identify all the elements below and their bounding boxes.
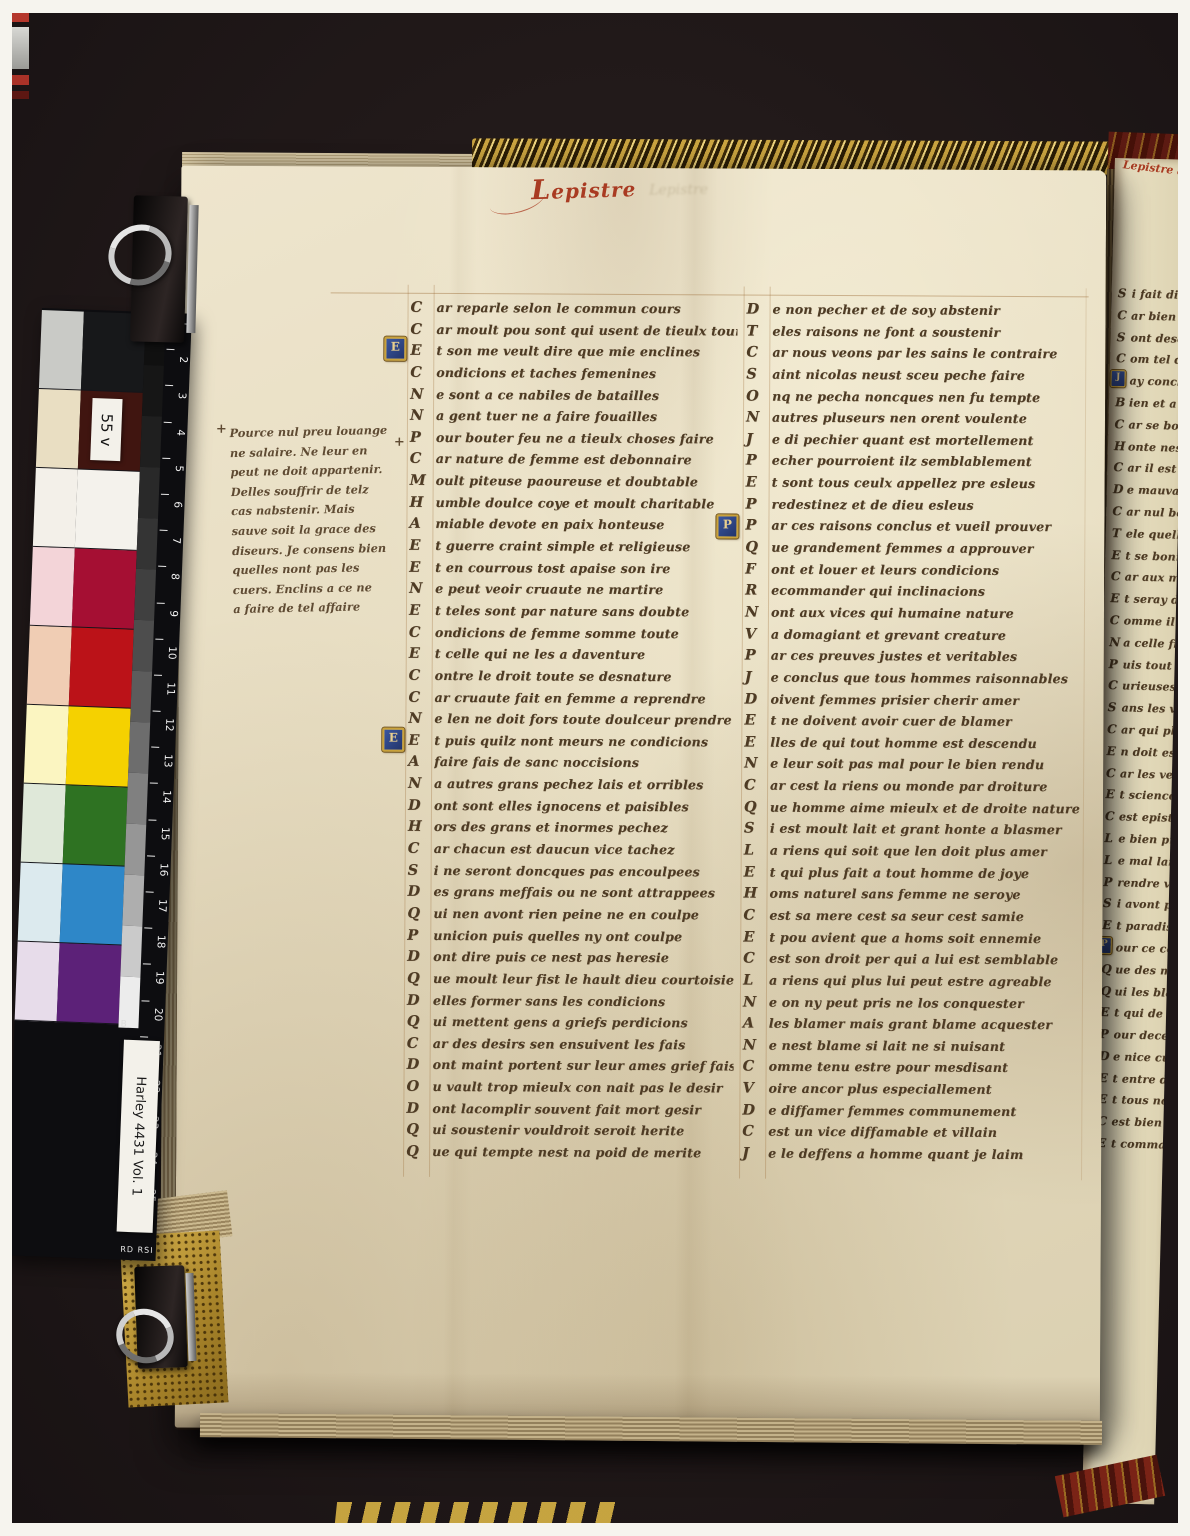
color-patch <box>18 863 63 944</box>
text-line: D elles former sans les condicions <box>404 991 734 1014</box>
ruler-cell: 19 <box>140 964 167 1001</box>
text-line: D ont maint portent sur leur ames grief … <box>404 1056 734 1079</box>
line-text: miable devote en paix honteuse <box>435 516 736 533</box>
line-text: our bouter feu ne a tieulx choses faire <box>436 430 737 447</box>
text-line: Q ue homme aime mieulx et de droite natu… <box>741 798 1083 821</box>
line-text: urieuses de mie <box>1122 680 1174 694</box>
folio-label-sticker: 55 v <box>90 398 122 461</box>
heading-offset-ghost: Lepistre <box>649 182 708 199</box>
line-text: est son droit per qui a lui est semblabl… <box>769 951 1082 968</box>
text-line: C urieuses de mie <box>1106 678 1175 701</box>
text-line: Q ue moult leur fist le hault dieu court… <box>404 970 734 993</box>
line-text: ar des desirs sen ensuivent les fais <box>433 1036 734 1053</box>
line-text: ar nature de femme est debonnaire <box>436 451 737 468</box>
gray-step <box>136 518 158 570</box>
line-initial: P <box>743 452 772 469</box>
text-line: C est sa mere cest sa seur cest samie <box>740 906 1082 929</box>
shelfmark-label-sticker: Harley 4431 Vol. 1 <box>117 1040 160 1233</box>
line-initial: C <box>743 344 772 361</box>
line-initial: J <box>743 430 772 447</box>
text-line: E t en courrous tost apaise son ire <box>406 558 736 581</box>
line-initial: E <box>1100 918 1116 932</box>
line-initial: C <box>741 777 770 794</box>
line-initial: D <box>404 883 433 900</box>
line-initial: N <box>405 710 434 727</box>
text-line: S i ne seront doncques pas encoulpees <box>405 861 735 884</box>
line-text: echer pourroient ilz semblablement <box>772 453 1085 470</box>
color-patch <box>69 627 134 708</box>
line-text: ay conclus en tou <box>1129 375 1178 389</box>
text-line: O u vault trop mieulx con nait pas le de… <box>403 1078 733 1101</box>
line-initial: Q <box>404 970 433 987</box>
text-line: R ecommander qui inclinacions <box>742 582 1084 605</box>
text-line: E t teles sont par nature sans doubte <box>406 602 736 625</box>
text-line: N a autres grans pechez lais et orribles <box>405 775 735 798</box>
line-initial: C <box>1103 809 1119 823</box>
line-text: ont et louer et leurs condicions <box>771 561 1084 578</box>
text-line: C est epistre leu <box>1103 809 1172 832</box>
line-initial: C <box>406 623 435 640</box>
text-line: D e mauvaise est il <box>1111 482 1178 505</box>
text-line: N e leur soit pas mal pour le bien rendu <box>741 755 1083 778</box>
line-text: t seray dit delles <box>1124 593 1176 607</box>
ruler-number: 13 <box>161 754 174 768</box>
line-text: t paradis a <box>1116 919 1168 933</box>
film-edge-mark <box>12 27 29 69</box>
text-line: J e le deffens a homme quant je laim <box>739 1145 1081 1168</box>
line-text: t qui de faulx <box>1114 1007 1166 1021</box>
next-page-heading: Lepistre au <box>1122 158 1178 179</box>
ruler-cell: 2 <box>163 349 190 386</box>
gray-step <box>130 671 152 723</box>
text-line: E t seray dit delles <box>1108 591 1177 614</box>
line-text: ors des grans et inormes pechez <box>434 819 735 836</box>
line-text: ar qui plus a t <box>1121 723 1173 737</box>
ruler-number: 8 <box>169 573 181 580</box>
gray-step <box>138 467 160 519</box>
text-column-1: C ar reparle selon le commun cours C ar … <box>403 299 738 1166</box>
text-line: C omme tenu estre pour mesdisant <box>740 1058 1082 1081</box>
line-initial: E <box>405 732 434 749</box>
line-initial: M <box>407 472 436 489</box>
ruler-number: 19 <box>153 971 166 985</box>
text-line: E lles de qui tout homme est descendu <box>741 733 1083 756</box>
text-line: V a domagiant et grevant creature <box>742 625 1084 648</box>
text-line: T eles raisons ne font a soustenir <box>743 322 1085 345</box>
line-initial: N <box>407 407 436 424</box>
line-text: t sont tous ceulx appellez pre esleus <box>772 475 1085 492</box>
text-line: C ar nul bon fruit <box>1110 504 1178 527</box>
line-text: t entre dis e <box>1112 1072 1164 1086</box>
text-line: Q ui soustenir vouldroit seroit herite <box>403 1121 733 1144</box>
line-initial: C <box>1109 569 1125 583</box>
text-line: Q ue qui tempte nest na poid de merite <box>403 1143 733 1166</box>
color-patch <box>30 547 75 628</box>
line-initial: E <box>741 733 770 750</box>
ruler-cell: 16 <box>144 855 171 892</box>
line-text: les blamer mais grant blame acquester <box>769 1016 1082 1033</box>
line-text: e nest blame si lait ne si nuisant <box>769 1037 1082 1054</box>
line-initial: E <box>1103 787 1119 801</box>
text-line: E t se bonne est il e <box>1109 548 1178 571</box>
gray-step <box>120 926 142 978</box>
text-line: E t celle qui ne les a daventure <box>406 645 736 668</box>
line-initial: N <box>406 580 435 597</box>
line-text: est bien vail <box>1111 1115 1163 1129</box>
text-line: L a riens qui plus lui peut estre agreab… <box>740 971 1082 994</box>
line-initial: P <box>1106 656 1122 670</box>
shelfmark-label: Harley 4431 Vol. 1 <box>128 1076 148 1196</box>
color-patch <box>36 389 81 470</box>
text-line: A faire fais de sanc noccisions <box>405 753 735 776</box>
line-initial: Q <box>403 1143 432 1160</box>
line-initial: S <box>1114 330 1130 344</box>
text-line: O nq ne pecha noncques nen fu tempte <box>743 387 1085 410</box>
text-line: Q ue des mauv <box>1099 962 1168 985</box>
ruler-number: 17 <box>156 899 169 913</box>
text-line: S i avont pre <box>1100 896 1169 919</box>
ruler-cell: 9 <box>153 602 180 639</box>
line-initial: Q <box>404 1013 433 1030</box>
line-text: ecommander qui inclinacions <box>771 583 1084 600</box>
line-initial: B <box>1113 395 1129 409</box>
ruler-number: 12 <box>163 718 176 732</box>
line-text: t sciences de <box>1119 789 1171 803</box>
text-line: D e diffamer femmes communement <box>739 1101 1081 1124</box>
line-text: ar reparle selon le commun cours <box>437 300 738 317</box>
line-initial: E <box>741 712 770 729</box>
color-patch <box>27 626 72 707</box>
line-text: ue grandement femmes a approuver <box>771 540 1084 557</box>
text-line: E t commande <box>1095 1136 1164 1159</box>
line-text: ont lacomplir souvent fait mort gesir <box>432 1101 733 1118</box>
ruler-cell: 4 <box>160 421 187 458</box>
illuminated-initial: E <box>382 728 404 752</box>
text-line: C ar bien nen peut be <box>1115 308 1178 331</box>
text-line: N e peut veoir cruaute ne martire <box>406 580 736 603</box>
color-patch <box>75 469 140 550</box>
text-line: E t qui plus fait a tout homme de joye <box>741 863 1083 886</box>
text-line: Q ui mettent gens a griefs perdicions <box>404 1013 734 1036</box>
ruler-number: 11 <box>164 682 177 696</box>
line-text: ont aux vices qui humaine nature <box>771 605 1084 622</box>
text-line: D e nice cuer d <box>1097 1049 1166 1072</box>
text-line: B ien et a droit nen <box>1113 395 1178 418</box>
line-initial: C <box>406 667 435 684</box>
line-initial: C <box>1112 417 1128 431</box>
line-initial: D <box>403 1099 432 1116</box>
line-initial: D <box>741 690 770 707</box>
line-initial: A <box>740 1015 769 1032</box>
line-initial: C <box>1110 504 1126 518</box>
ruler-number: 16 <box>157 863 170 877</box>
ruler-cell: 8 <box>155 566 182 603</box>
line-text: t tous noz bi <box>1112 1094 1164 1108</box>
line-text: t teles sont par nature sans doubte <box>435 603 736 620</box>
text-line: C ar aux mettre bie <box>1108 569 1177 592</box>
ruler-number: 14 <box>160 790 173 804</box>
text-line: C ar chacun est daucun vice tachez <box>405 840 735 863</box>
text-line: M oult piteuse paoureuse et doubtable <box>407 472 737 495</box>
ruler-cell: 12 <box>149 711 176 748</box>
line-initial: L <box>741 842 770 859</box>
line-text: unicion puis quelles ny ont coulpe <box>433 927 734 944</box>
line-text: ele quelle est re <box>1126 527 1178 541</box>
text-line: E t ne doivent avoir cuer de blamer <box>741 712 1083 735</box>
ruler-cell: 14 <box>146 783 173 820</box>
line-initial: O <box>743 387 772 404</box>
text-line: N e sont a ce nabiles de batailles <box>407 385 737 408</box>
ruling-line <box>331 292 1089 297</box>
line-text: ar ces raisons conclus et vueil prouver <box>771 518 1084 535</box>
text-line: H oms naturel sans femme ne seroye <box>740 885 1082 908</box>
text-line: S i est moult lait et grant honte a blas… <box>741 820 1083 843</box>
line-initial: P <box>1101 874 1117 888</box>
line-initial: S <box>1105 700 1121 714</box>
line-text: ar chacun est daucun vice tachez <box>434 841 735 858</box>
nota-cross: + <box>216 422 227 437</box>
line-text: ondicions de femme somme toute <box>435 625 736 642</box>
ruler-number: 4 <box>174 429 186 436</box>
line-text: uis tout affin q <box>1122 658 1174 672</box>
ruler-cell: 7 <box>156 530 183 567</box>
line-text: ar ces preuves justes et veritables <box>771 648 1084 665</box>
line-initial: S <box>1101 896 1117 910</box>
text-line: L e mal laissen <box>1101 853 1170 876</box>
text-line: E t guerre craint simple et religieuse <box>406 537 736 560</box>
text-line: C est un vice diffamable et villain <box>739 1123 1081 1146</box>
line-text: oire ancor plus especiallement <box>768 1081 1081 1098</box>
line-initial: C <box>1111 460 1127 474</box>
text-line: A miable devote en paix honteuse <box>406 515 736 538</box>
text-line: L a riens qui soit que len doit plus ame… <box>741 842 1083 865</box>
gray-step <box>140 416 162 468</box>
line-text: i est moult lait et grant honte a blasme… <box>770 821 1083 838</box>
color-patch <box>21 784 66 865</box>
text-line: N a celle fin que pl <box>1107 635 1176 658</box>
line-initial: E <box>407 342 436 359</box>
line-text: e mal laissen <box>1118 854 1170 868</box>
text-line: S i fait dire tel <box>1115 286 1178 309</box>
gray-step <box>126 773 148 825</box>
color-patch <box>66 706 131 787</box>
ruler-cell: 5 <box>159 457 186 494</box>
line-text: rendre voulon <box>1117 876 1169 890</box>
text-line: C ar il est ne et fait <box>1111 460 1178 483</box>
line-text: e le deffens a homme quant je laim <box>768 1146 1081 1163</box>
line-text: i avont pre <box>1117 898 1169 912</box>
line-initial: C <box>740 1058 769 1075</box>
line-initial: C <box>407 450 436 467</box>
page-heading-rubric: Lepistre <box>531 172 637 206</box>
ruler-cell: 13 <box>148 747 175 784</box>
line-initial: D <box>744 301 773 318</box>
line-text: our decevoir <box>1113 1028 1165 1042</box>
line-text: t pou avient que a homs soit ennemie <box>769 929 1082 946</box>
text-line: C ar cruaute fait en femme a reprendre <box>405 688 735 711</box>
line-initial: J <box>739 1145 768 1162</box>
line-text: ondicions et taches femenines <box>436 365 737 382</box>
film-edge-mark <box>12 91 29 99</box>
text-line: C ar moult pou sont qui usent de tieulx … <box>407 320 737 343</box>
text-line: C ar nous veons par les sains le contrai… <box>743 344 1085 367</box>
text-line: C ontre le droit toute se desnature <box>406 667 736 690</box>
text-column-2: D e non pecher et de soy abstenir T eles… <box>739 301 1086 1168</box>
line-initial: S <box>405 861 434 878</box>
text-line: N ont aux vices qui humaine nature <box>742 603 1084 626</box>
line-text: ien et a droit nen <box>1129 396 1178 410</box>
line-initial: C <box>740 906 769 923</box>
line-initial: N <box>1107 635 1123 649</box>
line-text: n doit estre mo <box>1120 745 1172 759</box>
line-initial: H <box>1112 439 1128 453</box>
line-initial: P <box>743 495 772 512</box>
line-text: t guerre craint simple et religieuse <box>435 538 736 555</box>
line-initial: C <box>1114 351 1130 365</box>
ruler-cell: 10 <box>152 638 179 675</box>
text-line: N autres pluseurs nen orent voulente <box>743 409 1085 432</box>
line-initial: T <box>1110 526 1126 540</box>
text-line: C ar se bonte et valo <box>1112 417 1178 440</box>
line-initial: C <box>405 688 434 705</box>
line-text: ar il est ne et fait <box>1127 462 1178 476</box>
line-text: t en courrous tost apaise son ire <box>435 560 736 577</box>
line-text: nq ne pecha noncques nen fu tempte <box>772 388 1085 405</box>
line-initial: L <box>740 971 769 988</box>
text-line: P echer pourroient ilz semblablement <box>743 452 1085 475</box>
line-text: a riens qui plus lui peut estre agreable <box>769 973 1082 990</box>
line-initial: A <box>405 753 434 770</box>
line-text: ui mettent gens a griefs perdicions <box>433 1014 734 1031</box>
ruler-cell: 20 <box>138 1000 165 1037</box>
text-line: H ors des grans et inormes pechez <box>405 818 735 841</box>
line-initial: H <box>740 885 769 902</box>
line-initial: N <box>740 1036 769 1053</box>
text-line: E t pou avient que a homs soit ennemie <box>740 928 1082 951</box>
color-patch <box>60 864 125 945</box>
line-text: our ce conclus <box>1116 941 1168 955</box>
line-text: e non pecher et de soy abstenir <box>773 302 1086 319</box>
line-initial: P <box>407 429 436 446</box>
text-line: P ar ces raisons conclus et vueil prouve… <box>742 517 1084 540</box>
line-text: umble doulce coye et moult charitable <box>436 495 737 512</box>
line-text: eles raisons ne font a soustenir <box>772 323 1085 340</box>
line-initial: Q <box>741 798 770 815</box>
line-text: t se bonne est il e <box>1125 549 1177 563</box>
cover-corner-bottom-right <box>1055 1455 1165 1518</box>
line-text: ont desert et tout <box>1130 331 1178 345</box>
text-line: C ar cest la riens ou monde par droiture <box>741 777 1083 800</box>
line-initial: D <box>739 1101 768 1118</box>
text-line: N e nest blame si lait ne si nuisant <box>740 1036 1082 1059</box>
text-line: V oire ancor plus especiallement <box>739 1080 1081 1103</box>
ruler-cell: 17 <box>142 891 169 928</box>
line-initial: H <box>405 818 434 835</box>
line-initial: C <box>1106 678 1122 692</box>
line-initial: E <box>406 537 435 554</box>
line-initial: D <box>404 991 433 1008</box>
line-text: ar cest la riens ou monde par droiture <box>770 778 1083 795</box>
line-initial: P <box>404 926 433 943</box>
line-initial: C <box>740 950 769 967</box>
text-line: C ar reparle selon le commun cours <box>408 299 738 322</box>
line-text: e di pechier quant est mortellement <box>772 432 1085 449</box>
line-initial: E <box>740 928 769 945</box>
text-line: C est son droit per qui a lui est sembla… <box>740 950 1082 973</box>
text-line: E t qui de faulx <box>1098 1005 1167 1028</box>
film-footer-marks <box>335 1502 623 1523</box>
line-initial: N <box>742 603 771 620</box>
line-initial: A <box>406 515 435 532</box>
color-patch <box>33 468 78 549</box>
gray-step <box>124 824 146 876</box>
text-line: D ont sont elles ignocens et paisibles <box>405 797 735 820</box>
line-initial: C <box>408 299 437 316</box>
bar-letter: B <box>120 1020 127 1030</box>
illuminated-initial: P <box>716 514 738 538</box>
text-line: P our bouter feu ne a tieulx choses fair… <box>407 429 737 452</box>
line-text: est sa mere cest sa seur cest samie <box>769 908 1082 925</box>
line-initial: V <box>739 1080 768 1097</box>
ruler-number: 9 <box>167 610 179 617</box>
line-text: a gent tuer ne a faire fouailles <box>436 408 737 425</box>
text-line: P redestinez et de dieu esleus <box>742 495 1084 518</box>
text-line: C ar nature de femme est debonnaire <box>407 450 737 473</box>
line-text: omme il est vray <box>1124 614 1176 628</box>
line-initial: C <box>1115 308 1131 322</box>
ruler-number: 2 <box>177 356 189 363</box>
line-initial: E <box>741 863 770 880</box>
text-line: E t entre dis e <box>1096 1071 1165 1094</box>
line-text: e on ny peut pris ne los conquester <box>769 994 1082 1011</box>
line-initial: D <box>1111 482 1127 496</box>
line-initial: C <box>407 364 436 381</box>
line-text: e sont a ce nabiles de batailles <box>436 386 737 403</box>
photograph-canvas: Lepistre au S i fait dire tel C ar bien … <box>0 0 1190 1536</box>
line-initial: P <box>742 647 771 664</box>
line-text: t son me veult dire que mie enclines <box>436 343 737 360</box>
line-initial: H <box>407 494 436 511</box>
marginal-note-line: a faire de tel affaire <box>233 599 409 622</box>
text-line: J e conclus que tous hommes raisonnables <box>742 668 1084 691</box>
gray-step <box>132 620 154 672</box>
line-text: ar nul bon fruit <box>1126 505 1178 519</box>
line-text: redestinez et de dieu esleus <box>772 496 1085 513</box>
line-initial: Q <box>403 1121 432 1138</box>
line-initial: D <box>405 797 434 814</box>
line-text: e diffamer femmes communement <box>768 1102 1081 1119</box>
line-text: ue moult leur fist le hault dieu courtoi… <box>433 971 734 988</box>
line-text: onte nest pas a ho <box>1128 440 1178 454</box>
text-line: S ans les vices q <box>1105 700 1174 723</box>
text-line: Q ui nen avont rien peine ne en coulpe <box>404 905 734 928</box>
line-text: ans les vices q <box>1121 701 1173 715</box>
gray-step <box>122 875 144 927</box>
text-line: D oivent femmes prisier cherir amer <box>741 690 1083 713</box>
line-initial: C <box>1105 722 1121 736</box>
line-initial: N <box>407 385 436 402</box>
line-text: ar aux mettre bie <box>1125 571 1177 585</box>
line-text: lles de qui tout homme est descendu <box>770 734 1083 751</box>
text-line: P unicion puis quelles ny ont coulpe <box>404 926 734 949</box>
line-text: ar cruaute fait en femme a reprendre <box>434 689 735 706</box>
text-line: D es grans meffais ou ne sont attrappees <box>404 883 734 906</box>
text-line: C ondicions de femme somme toute <box>406 623 736 646</box>
line-text: ue des mauv <box>1115 963 1167 977</box>
line-text: t qui plus fait a tout homme de joye <box>770 864 1083 881</box>
line-text: a autres grans pechez lais et orribles <box>434 776 735 793</box>
line-initial: C <box>1104 765 1120 779</box>
